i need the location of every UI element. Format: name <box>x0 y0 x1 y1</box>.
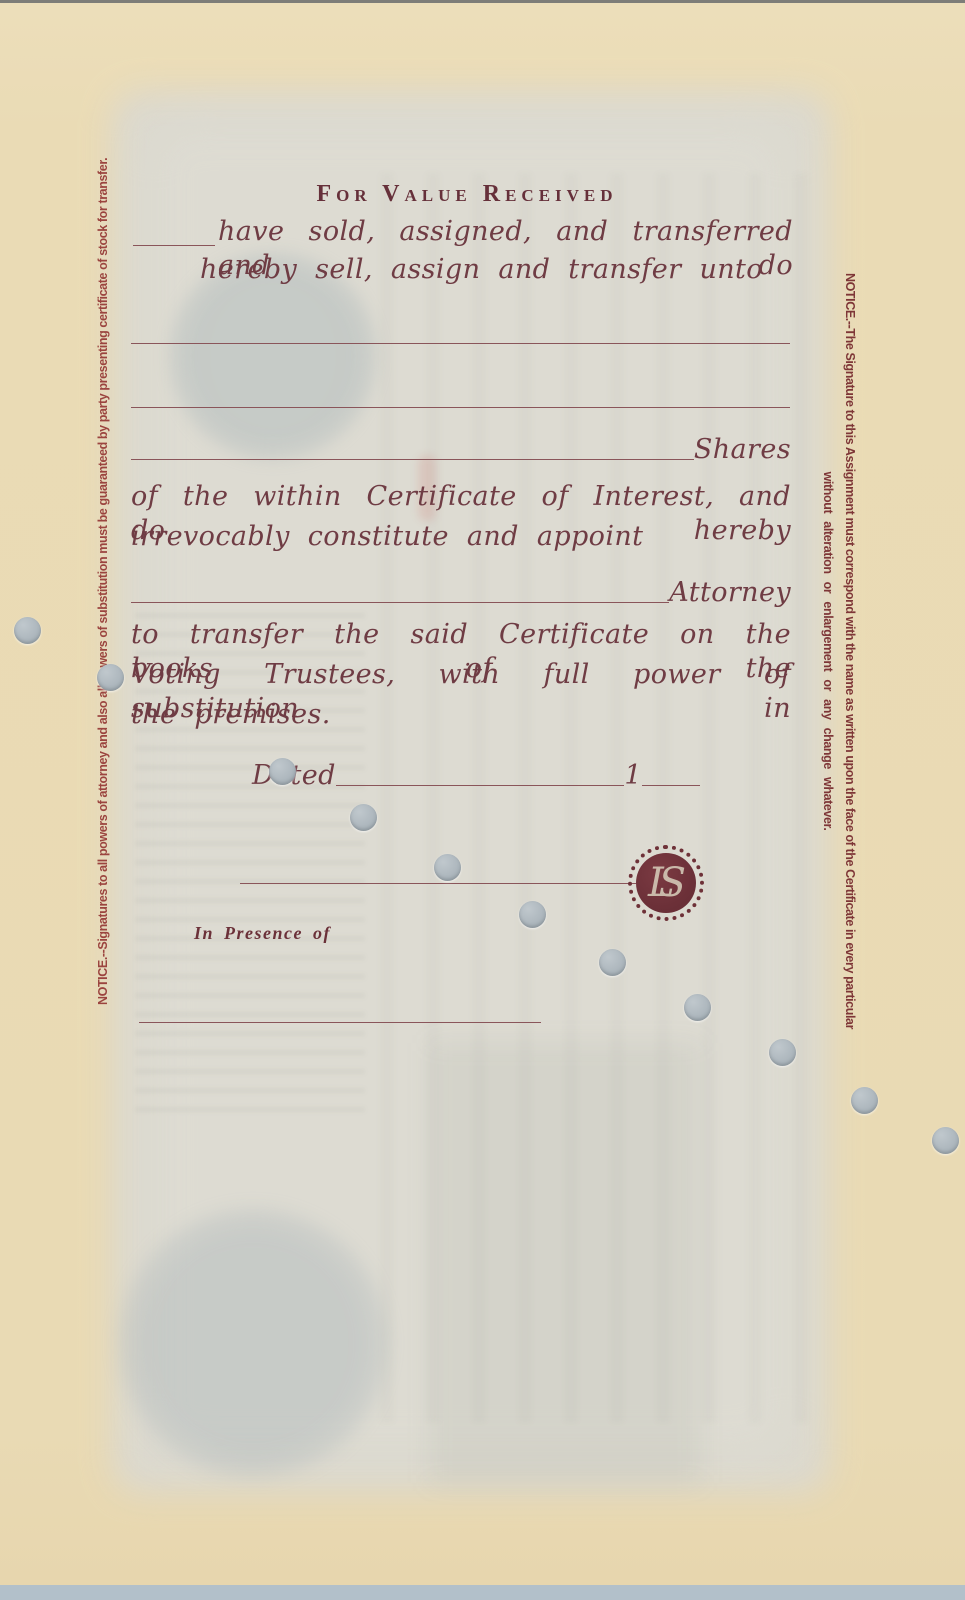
punch-hole <box>434 854 461 881</box>
punch-hole <box>350 804 377 831</box>
transfer-clause-line-3: the premises. <box>131 698 331 732</box>
shares-fill-line <box>131 459 694 460</box>
shares-label: Shares <box>694 435 791 465</box>
signature-line <box>240 883 636 884</box>
ghost-seal-impression <box>118 1208 388 1478</box>
in-presence-label: In Presence of <box>194 923 331 944</box>
punch-hole <box>851 1087 878 1114</box>
certificate-paper: For Value Received have sold, assigned, … <box>0 3 965 1585</box>
punch-hole <box>599 949 626 976</box>
punch-hole <box>519 901 546 928</box>
notice-left-margin: NOTICE.--Signatures to all powers of att… <box>96 193 110 1005</box>
assignee-name-fill-line <box>131 343 790 344</box>
dated-row: Dated 1 <box>252 755 700 791</box>
notice-right-line-2: without alteration or enlargement or any… <box>817 240 839 1062</box>
punch-hole <box>269 758 296 785</box>
scanned-certificate-back: For Value Received have sold, assigned, … <box>0 0 965 1600</box>
value-received-heading: For Value Received <box>137 181 797 208</box>
scan-background-bottom <box>0 1585 965 1600</box>
punch-hole <box>769 1039 796 1066</box>
ghost-text-bleedthrough <box>430 1043 700 1483</box>
assignee-address-fill-line <box>131 407 790 408</box>
punch-hole <box>14 617 41 644</box>
punch-hole <box>684 994 711 1021</box>
year-fill-line <box>642 785 700 786</box>
shares-row: Shares <box>131 431 791 465</box>
year-digit: 1 <box>624 761 642 791</box>
punch-hole <box>97 664 124 691</box>
assignor-fill-line <box>133 245 215 246</box>
dated-fill-line <box>336 785 625 786</box>
attorney-fill-line <box>131 602 669 603</box>
attorney-row: Attorney <box>131 574 791 608</box>
punch-hole <box>932 1127 959 1154</box>
assignment-clause-line-2: hereby sell, assign and transfer unto <box>200 253 763 287</box>
interest-clause-line-2: irrevocably constitute and appoint <box>131 520 643 554</box>
corporate-seal: LS <box>629 846 703 920</box>
notice-right-line-1: NOTICE.--The Signature to this Assignmen… <box>839 240 861 1062</box>
seal-monogram: LS <box>629 846 703 920</box>
scanner-edge-top <box>0 0 965 3</box>
attorney-label: Attorney <box>669 578 791 608</box>
notice-right-margin: NOTICE.--The Signature to this Assignmen… <box>817 240 861 1062</box>
witness-line <box>139 1022 541 1023</box>
